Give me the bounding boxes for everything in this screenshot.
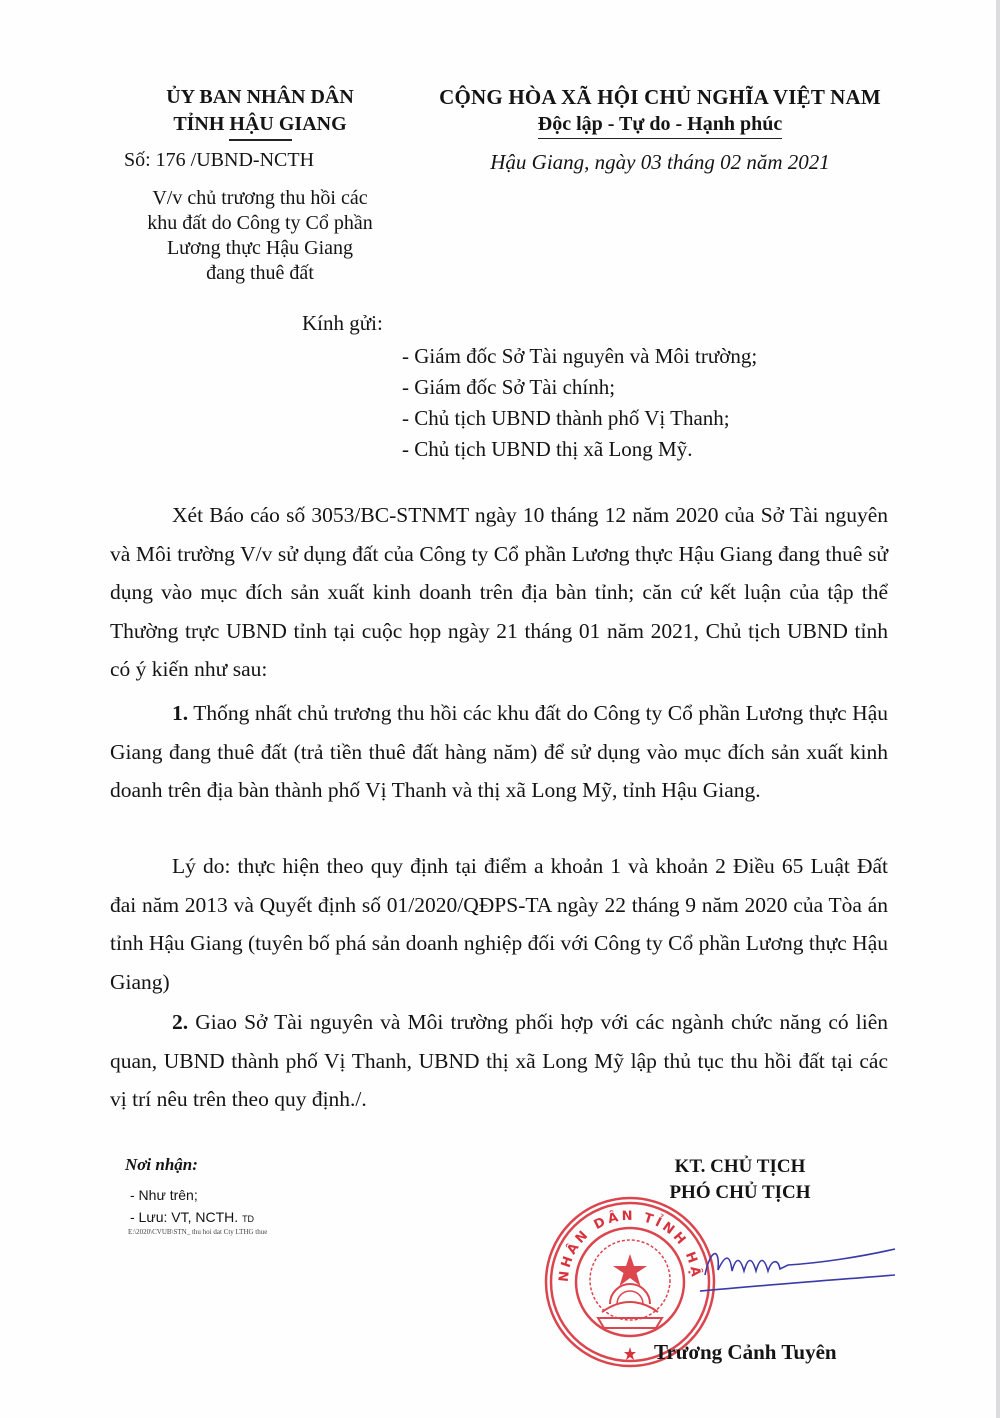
subject-line: V/v chủ trương thu hồi các xyxy=(100,186,420,211)
drafter-initials: TD xyxy=(242,1214,254,1224)
item-1-text: Thống nhất chủ trương thu hồi các khu đấ… xyxy=(110,701,888,802)
nation-title: CỘNG HÒA XÃ HỘI CHỦ NGHĨA VIỆT NAM xyxy=(400,84,920,111)
signature-title-line-1: KT. CHỦ TỊCH xyxy=(600,1154,880,1180)
item-2-number: 2. xyxy=(172,1010,188,1034)
item-1-number: 1. xyxy=(172,701,188,725)
subject-line: khu đất do Công ty Cổ phần xyxy=(100,211,420,236)
org-line-2: TỈNH HẬU GIANG xyxy=(100,111,420,138)
item-2-text: Giao Sở Tài nguyên và Môi trường phối hợ… xyxy=(110,1010,888,1111)
reason-paragraph: Lý do: thực hiện theo quy định tại điểm … xyxy=(110,847,888,1001)
signer-name: Trương Cảnh Tuyên xyxy=(654,1340,837,1365)
body-item-1: 1. Thống nhất chủ trương thu hồi các khu… xyxy=(110,694,888,810)
place-date: Hậu Giang, ngày 03 tháng 02 năm 2021 xyxy=(400,150,920,175)
intro-paragraph: Xét Báo cáo số 3053/BC-STNMT ngày 10 thá… xyxy=(110,496,888,689)
recipients-footer-label: Nơi nhận: xyxy=(125,1155,198,1175)
body-item-2: 2. Giao Sở Tài nguyên và Môi trường phối… xyxy=(110,1003,888,1119)
addressee-label: Kính gửi: xyxy=(302,311,383,336)
recipient-list: - Giám đốc Sở Tài nguyên và Môi trường; … xyxy=(402,341,757,465)
recipient-item: - Chủ tịch UBND thị xã Long Mỹ. xyxy=(402,434,757,465)
org-underline xyxy=(229,139,292,141)
document-number: Số: 176 /UBND-NCTH xyxy=(124,149,314,172)
document-subject: V/v chủ trương thu hồi các khu đất do Cô… xyxy=(100,186,420,286)
national-motto: Độc lập - Tự do - Hạnh phúc xyxy=(538,111,782,139)
subject-line: đang thuê đất xyxy=(100,261,420,286)
body-intro: Xét Báo cáo số 3053/BC-STNMT ngày 10 thá… xyxy=(110,496,888,689)
recipients-footer-list: - Như trên; - Lưu: VT, NCTH. TD xyxy=(130,1184,254,1230)
org-line-1: ỦY BAN NHÂN DÂN xyxy=(100,84,420,111)
issuing-authority: ỦY BAN NHÂN DÂN TỈNH HẬU GIANG xyxy=(100,84,420,141)
recipient-item: - Giám đốc Sở Tài nguyên và Môi trường; xyxy=(402,341,757,372)
body-reason: Lý do: thực hiện theo quy định tại điểm … xyxy=(110,847,888,1001)
page-edge-scrollbar xyxy=(996,0,1000,1418)
file-path: E:\2020\CVUB\STN_ thu hoi dat Cty LTHG t… xyxy=(128,1228,267,1236)
handwritten-signature xyxy=(700,1235,900,1295)
recipient-item: - Chủ tịch UBND thành phố Vị Thanh; xyxy=(402,403,757,434)
subject-line: Lương thực Hậu Giang xyxy=(100,236,420,261)
recipient-item: - Giám đốc Sở Tài chính; xyxy=(402,372,757,403)
national-heading: CỘNG HÒA XÃ HỘI CHỦ NGHĨA VIỆT NAM Độc l… xyxy=(400,84,920,139)
footer-recipient: - Lưu: VT, NCTH. TD xyxy=(130,1206,254,1230)
footer-recipient: - Như trên; xyxy=(130,1184,254,1206)
